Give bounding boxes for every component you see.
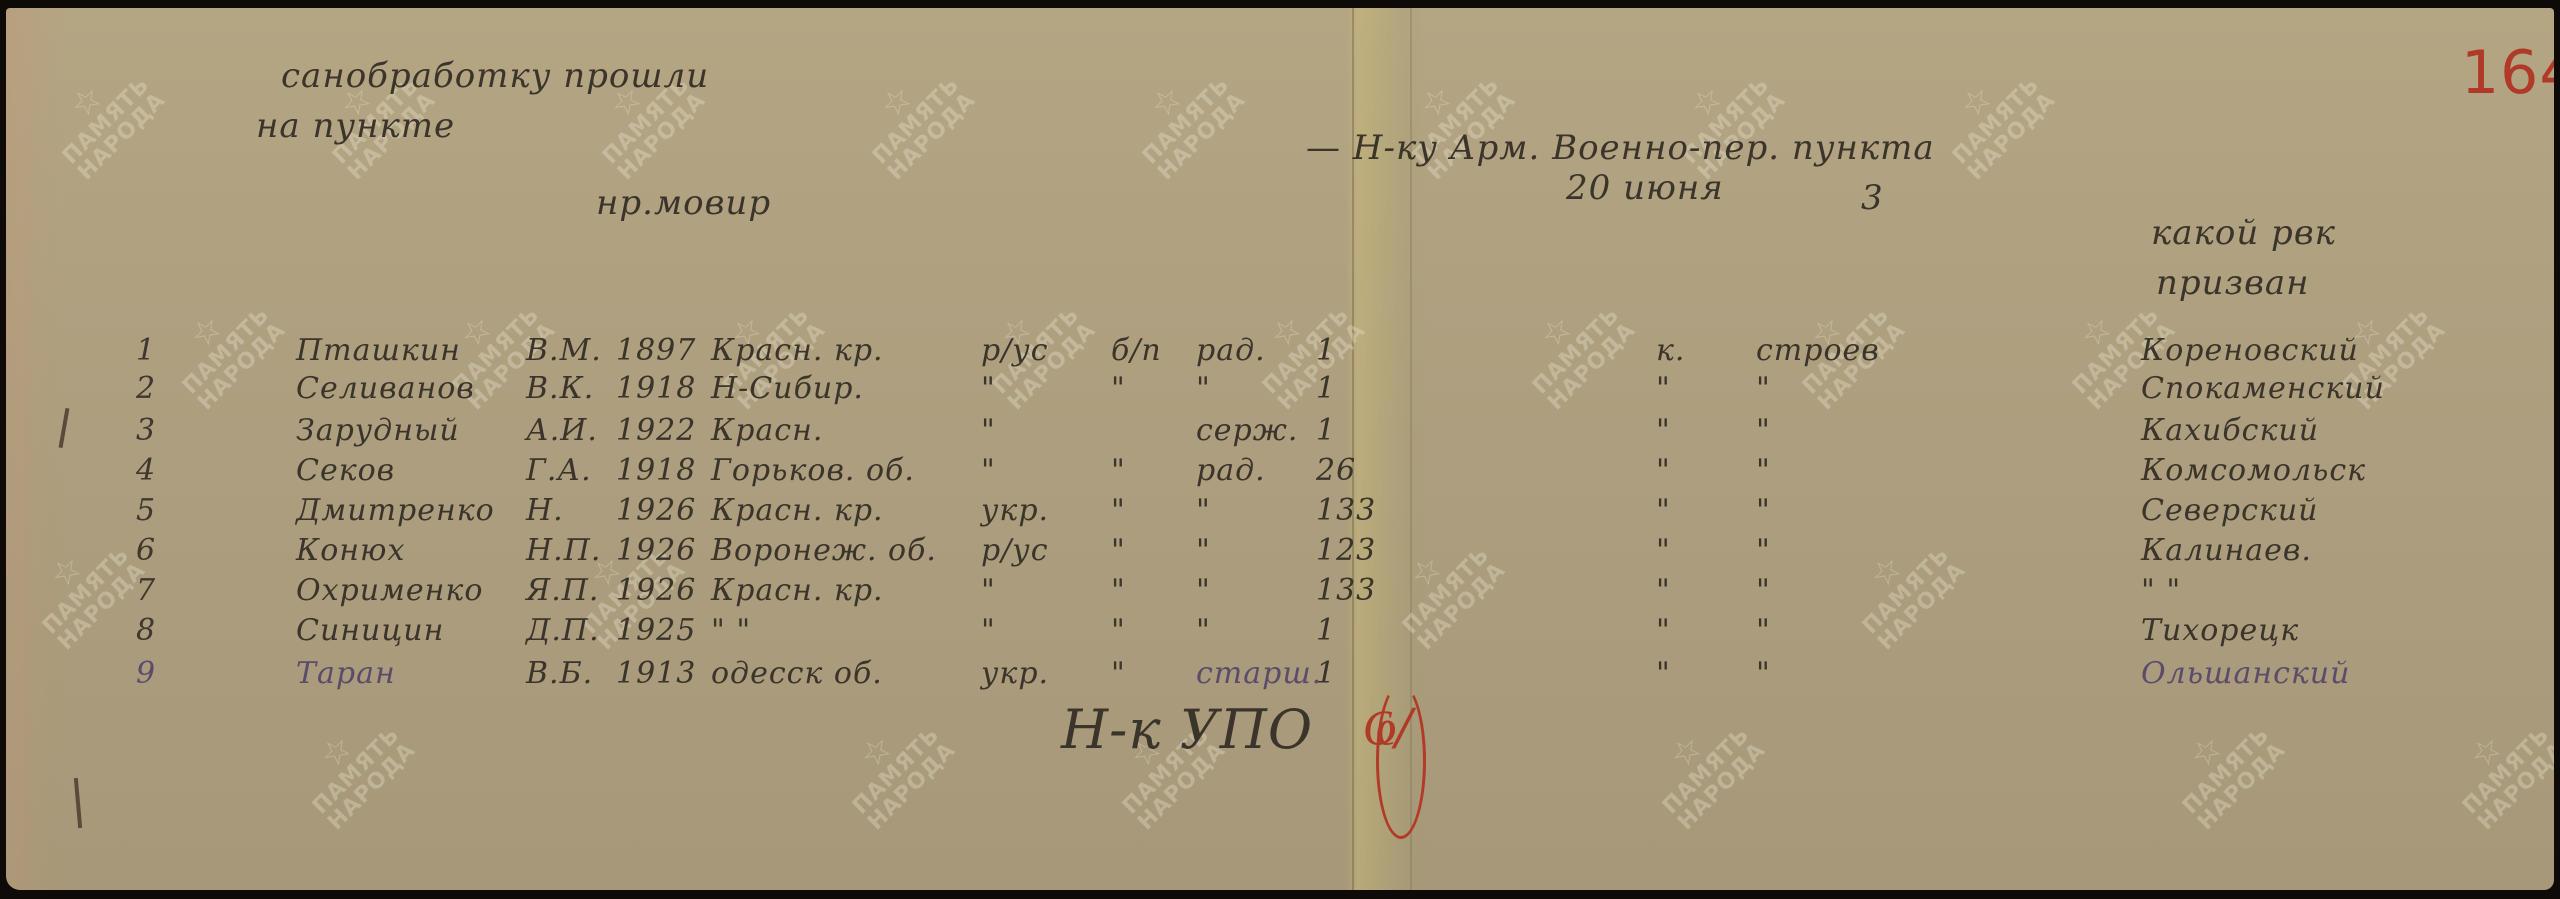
soldier-initials: Н. [526,493,564,528]
rvk-name: Комсомольск [2141,453,2366,488]
birth-year: 1918 [616,371,696,406]
watermark: ☆ПАМЯТЬНАРОДА [1505,280,1640,415]
left-header-line-1: санобработку прошли [281,56,709,96]
unit: 26 [1316,453,1356,488]
birth-year: 1897 [616,333,696,368]
soldier-name: Конюх [296,533,405,568]
row-number: 9 [136,656,156,691]
birth-year: 1926 [616,573,696,608]
row-number: 7 [136,573,156,608]
unit: 1 [1316,656,1336,691]
birth-year: 1926 [616,493,696,528]
document-page: ☆ПАМЯТЬНАРОДА ☆ПАМЯТЬНАРОДА ☆ПАМЯТЬНАРОД… [6,8,2554,890]
watermark: ☆ПАМЯТЬНАРОДА [2435,700,2554,835]
rank: " [1196,371,1211,406]
row-number: 4 [136,453,156,488]
status-col-1: " [1656,371,1671,406]
nationality: укр. [981,656,1049,691]
soldier-initials: В.М. [526,333,602,368]
birth-year: 1925 [616,613,696,648]
rank: " [1196,613,1211,648]
status-col-2: " [1756,533,1771,568]
birth-region: Красн. кр. [711,573,884,608]
rank: рад. [1196,333,1266,368]
watermark: ☆ПАМЯТЬНАРОДА [155,280,290,415]
nationality: " [981,371,996,406]
birth-region: Красн. кр. [711,333,884,368]
birth-year: 1922 [616,413,696,448]
row-number: 8 [136,613,156,648]
left-subheader: нр.мовир [596,183,771,223]
soldier-name: Дмитренко [296,493,495,528]
soldier-initials: А.И. [526,413,598,448]
unit: 1 [1316,371,1336,406]
paper-tear [59,408,70,448]
rvk-name: Спокаменский [2141,371,2385,406]
birth-region: " " [711,613,751,648]
party: б/п [1111,333,1162,368]
party: " [1111,493,1126,528]
status-col-2: " [1756,453,1771,488]
birth-year: 1913 [616,656,696,691]
signature-title: Н-к УПО [1061,698,1313,761]
rank: " [1196,493,1211,528]
unit: 123 [1316,533,1376,568]
unit: 1 [1316,613,1336,648]
status-col-1: " [1656,493,1671,528]
birth-region: Воронеж. об. [711,533,937,568]
soldier-initials: Я.П. [526,573,599,608]
watermark: ☆ПАМЯТЬНАРОДА [1835,520,1970,655]
birth-region: одесск об. [711,656,883,691]
status-col-1: " [1656,413,1671,448]
soldier-name: Таран [296,656,396,691]
row-number: 6 [136,533,156,568]
party: " [1111,371,1126,406]
watermark: ☆ПАМЯТЬНАРОДА [285,700,420,835]
party: " [1111,613,1126,648]
party: " [1111,533,1126,568]
soldier-name: Зарудный [296,413,460,448]
watermark: ☆ПАМЯТЬНАРОДА [1115,50,1250,185]
rvk-header-line-1: какой рвк [2151,213,2336,253]
rvk-name: Ольшанский [2141,656,2350,691]
rvk-name: Калинаев. [2141,533,2312,568]
soldier-initials: В.Б. [526,656,593,691]
rvk-name: Тихорецк [2141,613,2299,648]
status-col-2: " [1756,413,1771,448]
rank: старш. [1196,656,1322,691]
status-col-1: " [1656,573,1671,608]
status-col-2: " [1756,371,1771,406]
soldier-name: Охрименко [296,573,483,608]
watermark: ☆ПАМЯТЬНАРОДА [2155,700,2290,835]
birth-region: Горьков. об. [711,453,915,488]
paper-tear [74,778,82,828]
rank: серж. [1196,413,1298,448]
status-col-1: " [1656,613,1671,648]
rank: " [1196,533,1211,568]
nationality: " [981,453,996,488]
rvk-name: Кахибский [2141,413,2319,448]
status-col-2: " [1756,493,1771,528]
watermark: ☆ПАМЯТЬНАРОДА [825,700,960,835]
status-col-2: строев [1756,333,1880,368]
soldier-name: Синицин [296,613,444,648]
soldier-name: Селиванов [296,371,475,406]
soldier-initials: Д.П. [526,613,600,648]
birth-region: Н-Сибир. [711,371,864,406]
nationality: " [981,573,996,608]
row-number: 1 [136,333,156,368]
right-header: — Н-ку Арм. Военно-пер. пункта [1306,128,1935,168]
rvk-header-line-2: призван [2156,263,2310,303]
unit: 133 [1316,573,1376,608]
birth-year: 1926 [616,533,696,568]
watermark: ☆ПАМЯТЬНАРОДА [1635,700,1770,835]
unit: 133 [1316,493,1376,528]
status-col-2: " [1756,656,1771,691]
birth-region: Красн. кр. [711,493,884,528]
status-col-1: " [1656,453,1671,488]
nationality: р/ус [981,333,1049,368]
birth-year: 1918 [616,453,696,488]
rank: " [1196,573,1211,608]
soldier-name: Пташкин [296,333,461,368]
watermark: ☆ПАМЯТЬНАРОДА [1375,520,1510,655]
left-header-line-2: на пункте [256,106,455,146]
nationality: укр. [981,493,1049,528]
rvk-name: " " [2141,573,2181,608]
row-number: 3 [136,413,156,448]
rvk-name: Северский [2141,493,2319,528]
row-number: 5 [136,493,156,528]
right-mark: 3 [1861,178,1884,218]
status-col-2: " [1756,613,1771,648]
status-col-1: " [1656,533,1671,568]
soldier-initials: Г.А. [526,453,592,488]
watermark: ☆ПАМЯТЬНАРОДА [15,520,150,655]
party: " [1111,573,1126,608]
party: " [1111,453,1126,488]
unit: 1 [1316,413,1336,448]
row-number: 2 [136,371,156,406]
status-col-2: " [1756,573,1771,608]
right-date: 20 июня [1566,168,1724,208]
watermark: ☆ПАМЯТЬНАРОДА [1925,50,2060,185]
soldier-initials: В.К. [526,371,594,406]
status-col-1: " [1656,656,1671,691]
nationality: " [981,613,996,648]
soldier-initials: Н.П. [526,533,601,568]
birth-region: Красн. [711,413,823,448]
signature-mark: Ҩ/ [1361,698,1413,756]
status-col-1: к. [1656,333,1685,368]
rank: рад. [1196,453,1266,488]
rvk-name: Кореновский [2141,333,2359,368]
unit: 1 [1316,333,1336,368]
watermark: ☆ПАМЯТЬНАРОДА [845,50,980,185]
nationality: " [981,413,996,448]
watermark: ☆ПАМЯТЬНАРОДА [35,50,170,185]
nationality: р/ус [981,533,1049,568]
page-number: 164 [2461,38,2554,108]
soldier-name: Секов [296,453,395,488]
party: " [1111,656,1126,691]
